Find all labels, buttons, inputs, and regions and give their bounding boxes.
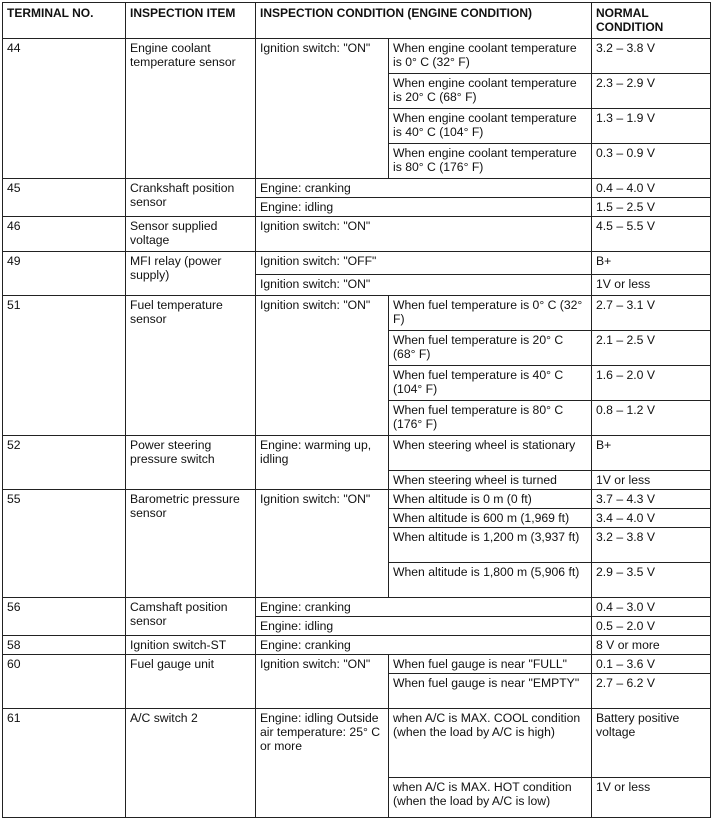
normal-condition: 2.9 – 3.5 V	[592, 563, 711, 598]
table-row: 61 A/C switch 2 Engine: idling Outside a…	[3, 709, 711, 778]
normal-condition: 3.4 – 4.0 V	[592, 509, 711, 528]
table-row: 46 Sensor supplied voltage Ignition swit…	[3, 217, 711, 252]
header-row: TERMINAL NO. INSPECTION ITEM INSPECTION …	[3, 3, 711, 39]
condition-detail: when A/C is MAX. HOT condition (when the…	[389, 778, 592, 818]
condition-detail: When fuel temperature is 0° C (32° F)	[389, 296, 592, 331]
inspection-item: Power steering pressure switch	[126, 436, 256, 490]
normal-condition: 2.7 – 6.2 V	[592, 674, 711, 709]
terminal-no: 61	[3, 709, 126, 818]
inspection-item: Barometric pressure sensor	[126, 490, 256, 598]
normal-condition: 1V or less	[592, 471, 711, 490]
normal-condition: 1V or less	[592, 778, 711, 818]
table-row: 52 Power steering pressure switch Engine…	[3, 436, 711, 471]
header-normal-condition: NORMAL CONDITION	[592, 3, 711, 39]
inspection-condition: Ignition switch: "ON"	[256, 490, 389, 598]
inspection-condition: Engine: idling Outside air temperature: …	[256, 709, 389, 818]
normal-condition: 0.4 – 3.0 V	[592, 598, 711, 617]
condition-detail: When engine coolant temperature is 0° C …	[389, 39, 592, 74]
inspection-table: TERMINAL NO. INSPECTION ITEM INSPECTION …	[2, 2, 711, 818]
condition-detail: When altitude is 600 m (1,969 ft)	[389, 509, 592, 528]
terminal-no: 60	[3, 655, 126, 709]
inspection-item: MFI relay (power supply)	[126, 252, 256, 296]
inspection-condition: Ignition switch: "ON"	[256, 217, 592, 252]
inspection-condition: Ignition switch: "ON"	[256, 275, 592, 296]
normal-condition: 4.5 – 5.5 V	[592, 217, 711, 252]
condition-detail: when A/C is MAX. COOL condition (when th…	[389, 709, 592, 778]
normal-condition: 0.5 – 2.0 V	[592, 617, 711, 636]
terminal-no: 56	[3, 598, 126, 636]
terminal-no: 44	[3, 39, 126, 179]
table-row: 44 Engine coolant temperature sensor Ign…	[3, 39, 711, 74]
terminal-no: 51	[3, 296, 126, 436]
terminal-no: 58	[3, 636, 126, 655]
inspection-item: Camshaft position sensor	[126, 598, 256, 636]
normal-condition: 3.2 – 3.8 V	[592, 39, 711, 74]
inspection-condition: Ignition switch: "ON"	[256, 296, 389, 436]
normal-condition: B+	[592, 252, 711, 275]
normal-condition: 8 V or more	[592, 636, 711, 655]
inspection-condition: Engine: cranking	[256, 598, 592, 617]
inspection-item: A/C switch 2	[126, 709, 256, 818]
normal-condition: 1.6 – 2.0 V	[592, 366, 711, 401]
header-inspection-item: INSPECTION ITEM	[126, 3, 256, 39]
header-terminal-no: TERMINAL NO.	[3, 3, 126, 39]
normal-condition: 0.8 – 1.2 V	[592, 401, 711, 436]
terminal-no: 46	[3, 217, 126, 252]
condition-detail: When fuel gauge is near "FULL"	[389, 655, 592, 674]
table-row: 60 Fuel gauge unit Ignition switch: "ON"…	[3, 655, 711, 674]
condition-detail: When fuel gauge is near "EMPTY"	[389, 674, 592, 709]
condition-detail: When fuel temperature is 40° C (104° F)	[389, 366, 592, 401]
inspection-condition: Engine: warming up, idling	[256, 436, 389, 490]
normal-condition: 2.1 – 2.5 V	[592, 331, 711, 366]
normal-condition: Battery positive voltage	[592, 709, 711, 778]
normal-condition: B+	[592, 436, 711, 471]
inspection-item: Crankshaft position sensor	[126, 179, 256, 217]
condition-detail: When fuel temperature is 80° C (176° F)	[389, 401, 592, 436]
terminal-no: 55	[3, 490, 126, 598]
table-row: 56 Camshaft position sensor Engine: cran…	[3, 598, 711, 617]
condition-detail: When engine coolant temperature is 20° C…	[389, 74, 592, 109]
condition-detail: When fuel temperature is 20° C (68° F)	[389, 331, 592, 366]
inspection-condition: Engine: cranking	[256, 179, 592, 198]
condition-detail: When steering wheel is stationary	[389, 436, 592, 471]
normal-condition: 0.1 – 3.6 V	[592, 655, 711, 674]
table-row: 55 Barometric pressure sensor Ignition s…	[3, 490, 711, 509]
condition-detail: When engine coolant temperature is 40° C…	[389, 109, 592, 144]
inspection-condition: Engine: cranking	[256, 636, 592, 655]
table-row: 58 Ignition switch-ST Engine: cranking 8…	[3, 636, 711, 655]
inspection-condition: Ignition switch: "ON"	[256, 655, 389, 709]
table-row: 51 Fuel temperature sensor Ignition swit…	[3, 296, 711, 331]
terminal-no: 52	[3, 436, 126, 490]
normal-condition: 2.3 – 2.9 V	[592, 74, 711, 109]
inspection-item: Fuel gauge unit	[126, 655, 256, 709]
inspection-condition: Engine: idling	[256, 617, 592, 636]
table-row: 45 Crankshaft position sensor Engine: cr…	[3, 179, 711, 198]
normal-condition: 3.2 – 3.8 V	[592, 528, 711, 563]
normal-condition: 0.3 – 0.9 V	[592, 144, 711, 179]
terminal-no: 49	[3, 252, 126, 296]
inspection-condition: Ignition switch: "OFF"	[256, 252, 592, 275]
condition-detail: When altitude is 1,800 m (5,906 ft)	[389, 563, 592, 598]
inspection-item: Engine coolant temperature sensor	[126, 39, 256, 179]
normal-condition: 1V or less	[592, 275, 711, 296]
normal-condition: 3.7 – 4.3 V	[592, 490, 711, 509]
normal-condition: 1.5 – 2.5 V	[592, 198, 711, 217]
condition-detail: When altitude is 1,200 m (3,937 ft)	[389, 528, 592, 563]
inspection-item: Fuel temperature sensor	[126, 296, 256, 436]
condition-detail: When engine coolant temperature is 80° C…	[389, 144, 592, 179]
normal-condition: 1.3 – 1.9 V	[592, 109, 711, 144]
inspection-condition: Ignition switch: "ON"	[256, 39, 389, 179]
inspection-condition: Engine: idling	[256, 198, 592, 217]
inspection-item: Sensor supplied voltage	[126, 217, 256, 252]
inspection-item: Ignition switch-ST	[126, 636, 256, 655]
normal-condition: 0.4 – 4.0 V	[592, 179, 711, 198]
normal-condition: 2.7 – 3.1 V	[592, 296, 711, 331]
table-row: 49 MFI relay (power supply) Ignition swi…	[3, 252, 711, 275]
condition-detail: When steering wheel is turned	[389, 471, 592, 490]
terminal-no: 45	[3, 179, 126, 217]
header-inspection-condition: INSPECTION CONDITION (ENGINE CONDITION)	[256, 3, 592, 39]
condition-detail: When altitude is 0 m (0 ft)	[389, 490, 592, 509]
